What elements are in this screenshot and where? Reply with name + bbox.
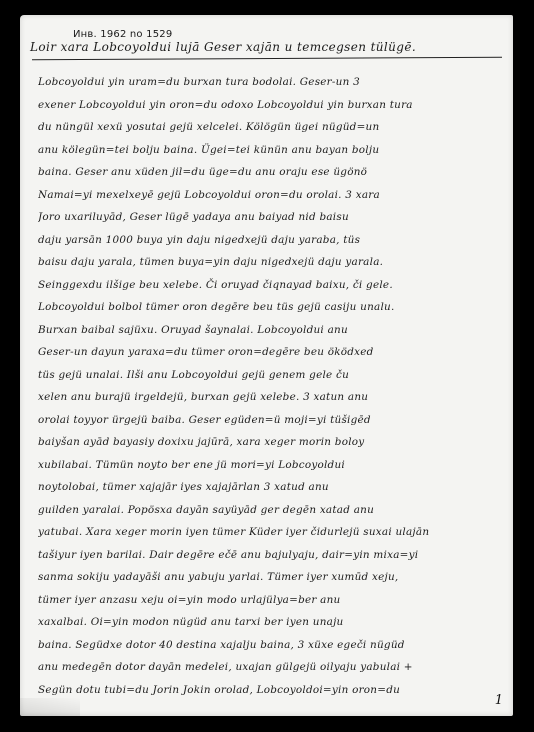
text-line: sanma sokiju yadayāši anu yabuju yarlai.… — [38, 566, 508, 589]
text-line: orolai toyyor ürgejü baiba. Geser egüden… — [38, 409, 508, 432]
title-underline — [32, 57, 502, 60]
page-number: 1 — [495, 693, 503, 708]
text-line: baina. Geser anu xüden jil=du üge=du anu… — [38, 161, 508, 184]
text-line: Burxan baibal sajüxu. Oruyad šaynalai. L… — [38, 319, 508, 342]
text-line: baisu daju yarala, tümen buya=yin daju n… — [38, 251, 508, 274]
document-title: Loir xara Lobcoyoldui lujā Geser xajān u… — [30, 40, 506, 54]
text-line: exener Lobcoyoldui yin oron=du odoxo Lob… — [38, 94, 508, 117]
text-line: du nüngül xexü yosutai gejü xelcelei. Kö… — [38, 116, 508, 139]
text-line: yatubai. Xara xeger morin iyen tümer Küd… — [38, 521, 508, 544]
text-line: Joro uxariluyād, Geser lügē yadaya anu b… — [38, 206, 508, 229]
text-line: Namai=yi mexelxeyē gejü Lobcoyoldui oron… — [38, 184, 508, 207]
inventory-stamp: Инв. 1962 no 1529 — [73, 29, 172, 40]
text-line: tümer iyer anzasu xeju oi=yin modo urlaj… — [38, 589, 508, 612]
text-line: anu medegēn dotor dayān medelei, uxajan … — [38, 656, 508, 679]
text-line: baina. Següdxe dotor 40 destina xajalju … — [38, 634, 508, 657]
text-line: anu kölegün=tei bolju baina. Ügei=tei kü… — [38, 139, 508, 162]
text-line: guilden yaralai. Popösxa dayān sayüyād g… — [38, 499, 508, 522]
text-line: baiyšan ayād bayasiy doxixu jajūrā, xara… — [38, 431, 508, 454]
text-line: xaxalbai. Oi=yin modon nügüd anu tarxi b… — [38, 611, 508, 634]
text-line: tašiyur iyen barilai. Dair degēre ečē an… — [38, 544, 508, 567]
handwritten-body: Lobcoyoldui yin uram=du burxan tura bodo… — [38, 71, 508, 701]
text-line: Seinggexdu ilšige beu xelebe. Či oruyad … — [38, 274, 508, 297]
text-line: Lobcoyoldui yin uram=du burxan tura bodo… — [38, 71, 508, 94]
text-line: noytolobai, tümer xajajār iyes xajajārla… — [38, 476, 508, 499]
text-line: xubilabai. Tümün noyto ber ene jü mori=y… — [38, 454, 508, 477]
paper-fold-shadow — [20, 698, 80, 716]
text-line: xelen anu burajü irgeldejü, burxan gejü … — [38, 386, 508, 409]
text-line: Segün dotu tubi=du Jorin Jokin orolad, L… — [38, 679, 508, 702]
text-line: Lobcoyoldui bolbol tümer oron degēre beu… — [38, 296, 508, 319]
text-line: tüs gejü unalai. Ilši anu Lobcoyoldui ge… — [38, 364, 508, 387]
text-line: Geser-un dayun yaraxa=du tümer oron=degē… — [38, 341, 508, 364]
manuscript-page: Инв. 1962 no 1529 Loir xara Lobcoyoldui … — [20, 15, 513, 716]
text-line: daju yarsān 1000 buya yin daju nigedxejü… — [38, 229, 508, 252]
